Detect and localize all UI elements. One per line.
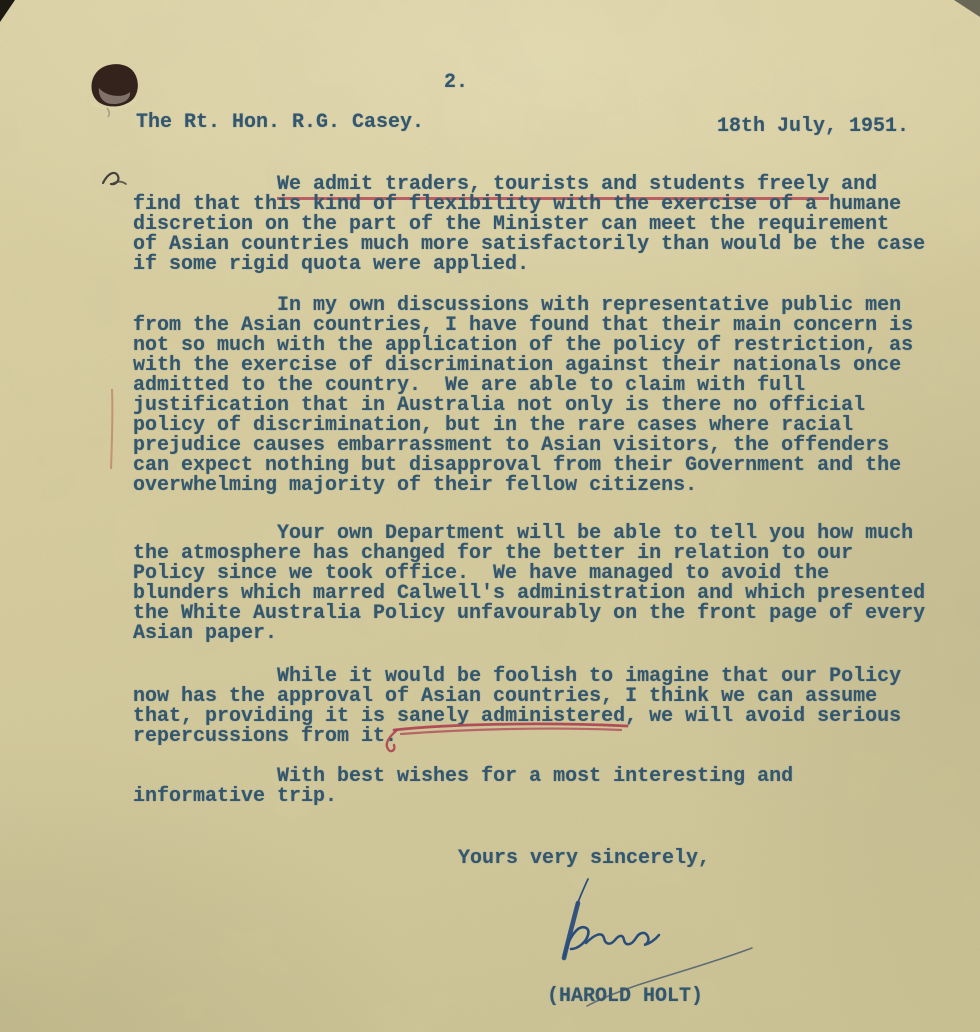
hole-punch <box>91 64 137 117</box>
pencil-mark <box>103 173 126 184</box>
paragraph-5: With best wishes for a most interesting … <box>133 767 793 807</box>
paper-blotch-layer <box>0 0 980 1032</box>
underlined-phrase-sanely-administered: sanely administered <box>397 705 625 728</box>
signature-scrawl <box>564 879 659 958</box>
paragraph-3: Your own Department will be able to tell… <box>133 524 925 644</box>
paper-texture <box>0 0 980 1032</box>
recipient-line: The Rt. Hon. R.G. Casey. <box>136 113 424 133</box>
date-line: 18th July, 1951. <box>717 117 909 137</box>
red-margin-line <box>111 389 112 469</box>
paragraph-2: In my own discussions with representativ… <box>133 296 913 496</box>
corner-shadow-top-left <box>0 0 15 22</box>
paper-grain-layer <box>0 0 980 1032</box>
typed-signature-name: (HAROLD HOLT) <box>547 987 703 1007</box>
closing-line: Yours very sincerely, <box>458 849 710 869</box>
corner-shadow-top-right <box>954 0 980 17</box>
paragraph-4: While it would be foolish to imagine tha… <box>133 667 901 747</box>
paragraph-2-text: In my own discussions with representativ… <box>133 294 913 497</box>
page-number: 2. <box>444 73 468 93</box>
annotation-overlay <box>0 0 980 1032</box>
paragraph-1: We admit traders, tourists and students … <box>133 175 925 275</box>
scanned-letter-page: 2. The Rt. Hon. R.G. Casey. 18th July, 1… <box>0 0 980 1032</box>
